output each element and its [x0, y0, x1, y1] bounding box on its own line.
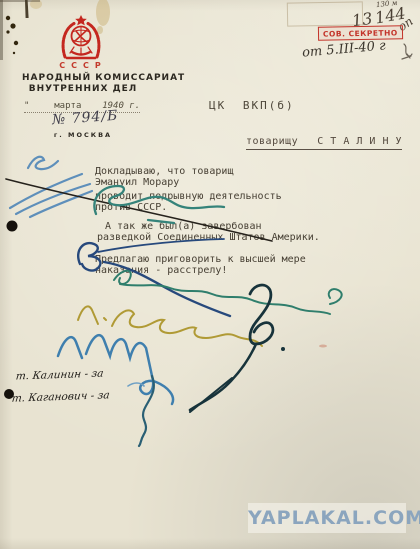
- typed-line: против СССР.: [95, 202, 167, 213]
- recipient-org: ЦК ВКП(б): [209, 99, 295, 112]
- watermark: YAPLAKAL.COM: [248, 503, 406, 533]
- document-page: СССР НАРОДНЫЙ КОМИССАРИАТ ВНУТРЕННИХ ДЕЛ…: [0, 0, 420, 549]
- typed-line: разведкой Соединенных Штатов Америки.: [97, 232, 320, 243]
- resolution-kaganovich: т. Каганович - за: [11, 389, 110, 404]
- date-open-quote: ": [24, 101, 29, 111]
- handwritten-received-date: от 5.III-40 г: [302, 38, 387, 60]
- letterhead-org-line1: НАРОДНЫЙ КОМИССАРИАТ: [22, 73, 144, 83]
- punch-hole-top: [7, 221, 18, 232]
- signature-olive: [78, 306, 262, 346]
- resolution-kalinin: т. Калинин - за: [15, 367, 104, 382]
- letterhead-city: г. МОСКВА: [48, 131, 118, 139]
- letterhead-country: СССР: [58, 61, 108, 70]
- signature-green: [114, 271, 342, 314]
- signature-za-scribble: [10, 157, 92, 217]
- typed-line: А так же был(а) завербован: [105, 221, 262, 232]
- ussr-coat-of-arms-icon: [58, 14, 104, 62]
- signature-dark-flourish: [190, 285, 285, 412]
- signature-navy: [78, 239, 230, 316]
- document-number: № 794/Б: [52, 108, 119, 129]
- typed-line: Докладываю, что товарищ: [95, 166, 233, 177]
- typed-line: Предлагаю приговорить к высшей мере: [95, 254, 306, 265]
- top-secret-stamp: СОВ. СЕКРЕТНО: [318, 25, 403, 40]
- recipient-name: С Т А Л И Н У: [317, 136, 402, 147]
- recipient-line: товарищу С Т А Л И Н У: [246, 136, 402, 150]
- typed-line: наказания - расстрелу!: [95, 265, 227, 276]
- typed-line: Эмануил Морару: [95, 177, 179, 188]
- pencil-marks: [402, 44, 412, 59]
- recipient-prefix: товарищу: [246, 136, 298, 147]
- typed-line: проводит подрывную деятельность: [95, 191, 282, 202]
- letterhead-org-line2: ВНУТРЕННИХ ДЕЛ: [22, 84, 144, 94]
